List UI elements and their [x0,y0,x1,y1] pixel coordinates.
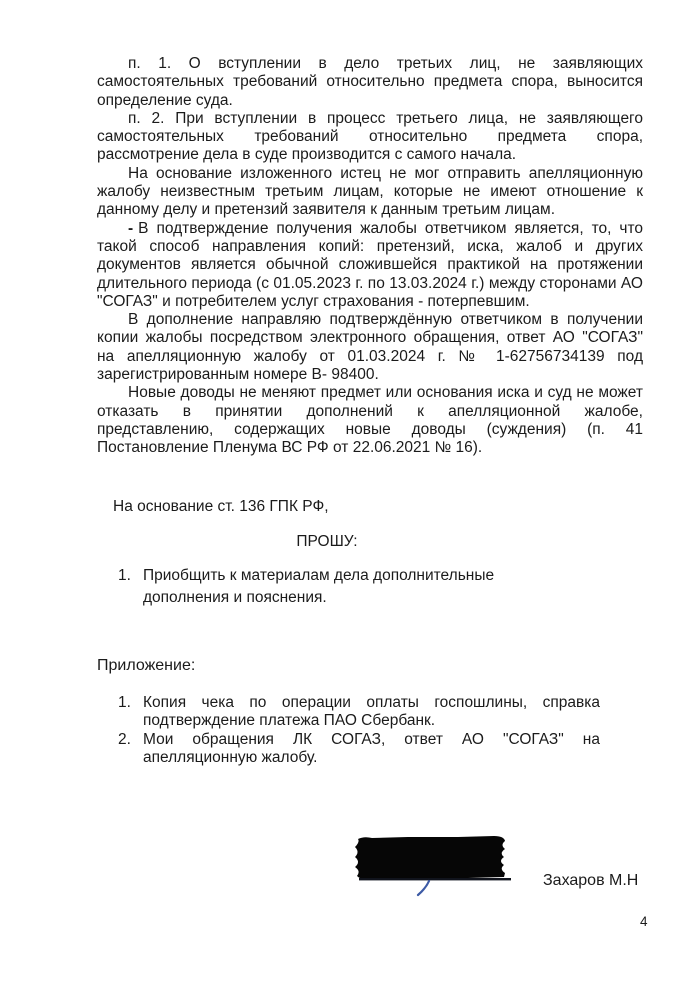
request-heading: ПРОШУ: [97,533,557,551]
legal-basis-line: На основание ст. 136 ГПК РФ, [113,498,329,516]
body-paragraph-2: п. 2. При вступлении в процесс третьего … [97,110,643,165]
attachment-item: 2. Мои обращения ЛК СОГАЗ, ответ АО "СОГ… [118,731,600,768]
attachment-list: 1. Копия чека по операции оплаты госпошл… [118,694,600,767]
request-item: 1. Приобщить к материалам дела дополните… [118,565,555,609]
body-paragraph-3: На основание изложенного истец не мог от… [97,165,643,220]
document-page: п. 1. О вступлении в дело третьих лиц, н… [0,0,700,990]
page-number: 4 [640,914,648,930]
document-body: п. 1. О вступлении в дело третьих лиц, н… [97,55,643,458]
body-paragraph-5: В дополнение направляю подтверждённую от… [97,311,643,384]
attachment-item-number: 2. [118,731,143,749]
request-item-text: Приобщить к материалам дела дополнительн… [143,565,555,609]
attachment-item-text: Копия чека по операции оплаты госпошлины… [143,694,600,731]
attachment-item-number: 1. [118,694,143,712]
redaction-bar-shape [355,836,505,880]
signatory-name: Захаров М.Н [543,871,638,891]
attachment-item-text: Мои обращения ЛК СОГАЗ, ответ АО "СОГАЗ"… [143,731,600,768]
body-paragraph-6: Новые доводы не меняют предмет или основ… [97,384,643,457]
signature-ink-stroke [418,881,429,895]
body-paragraph-4: -В подтверждение получения жалобы ответч… [97,220,643,311]
body-paragraph-1: п. 1. О вступлении в дело третьих лиц, н… [97,55,643,110]
request-list: 1. Приобщить к материалам дела дополните… [118,565,555,609]
attachments-heading: Приложение: [97,656,195,675]
request-item-number: 1. [118,565,143,587]
redaction-underline [359,878,511,880]
bold-dash-marker: - [128,220,133,237]
redacted-signature-block [348,830,518,900]
body-paragraph-4-text: В подтверждение получения жалобы ответчи… [97,220,643,310]
attachment-item: 1. Копия чека по операции оплаты госпошл… [118,694,600,731]
